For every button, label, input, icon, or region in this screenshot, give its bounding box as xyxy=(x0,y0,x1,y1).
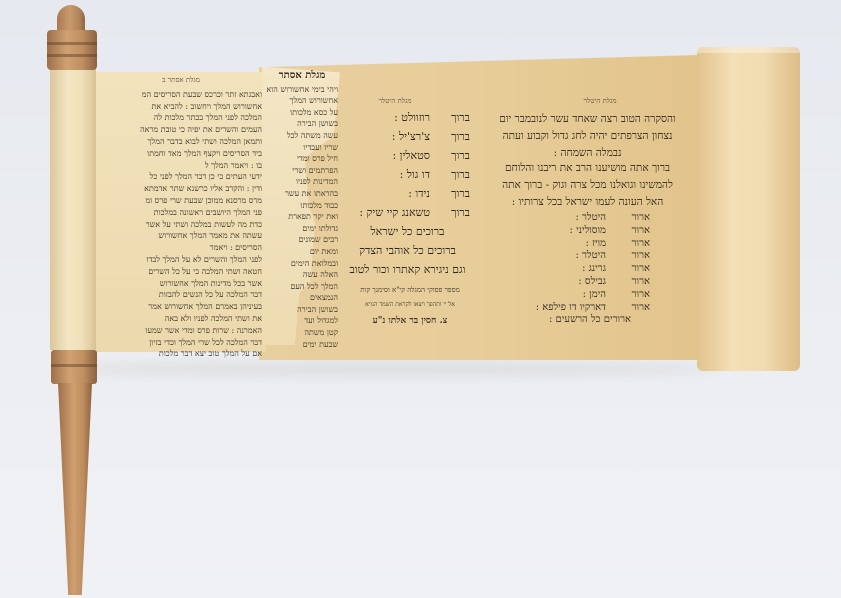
text-line: בו : ויאמר המלך ל xyxy=(100,160,262,172)
row-name: סטאלין : xyxy=(340,146,430,165)
text-line: קטן משתה xyxy=(266,327,338,339)
text-line: ויהי בימי אחשורוש הוא xyxy=(266,84,338,96)
arur-row: ארורגבילס : xyxy=(535,276,650,289)
text-line: ידעי העתים כי כן דבר המלך לפני כל xyxy=(100,171,262,183)
scroll-rolled-end xyxy=(697,47,800,371)
text-line: המלך לכל העם xyxy=(266,281,338,293)
right-paragraph-2: ברוך אתה מושיענו הרב את ריבנו והלוחם להמ… xyxy=(495,160,680,211)
text-line: כבוד מלכותו xyxy=(266,200,338,212)
text-line: ואבגתא זתר וכרכס שבעת הסריסים המ xyxy=(100,89,262,101)
arur-row: ארורמויז : xyxy=(535,238,650,251)
text-line: להמשינו וגואלנו מכל צרה וגוק - ברוך אתה xyxy=(495,177,680,194)
row-prefix: ברוך xyxy=(430,127,470,146)
text-line: הנמצאים xyxy=(266,292,338,304)
row-name: גרינג : xyxy=(535,263,606,276)
text-line: האל העונה לעמו ישראל בכל צרותיו : xyxy=(495,194,680,211)
row-prefix: ברוך xyxy=(430,203,470,222)
baruch-row: ברוךנידו : xyxy=(340,184,470,203)
text-line: ביד הסריסים ויקצף המלך מאד וחמתו xyxy=(100,148,262,160)
torn-column-header: מגלת אסתר xyxy=(266,70,338,82)
row-name: נידו : xyxy=(340,184,430,203)
right-column-header: מגלת היטלר xyxy=(540,97,660,105)
row-prefix: ארור xyxy=(606,250,650,263)
row-name: דארקיו דו פילפא : xyxy=(535,302,606,315)
text-line: אשר בכל מדינות המלך אחשורוש xyxy=(100,278,262,290)
text-line: ובמלואת הימים xyxy=(266,258,338,270)
text-line: שריו ועבדיו xyxy=(266,142,338,154)
torn-text-column: מגלת אסתר ויהי בימי אחשורוש הוא אחשורוש … xyxy=(266,70,338,350)
text-line: עשתה את מאמר המלך אחשורוש xyxy=(100,230,262,242)
footer-line: אל יי ותהפך ויצאו לקראת השמד הגויא xyxy=(340,298,480,312)
text-line: למגדול ועד xyxy=(266,315,338,327)
text-line: ואת יקר תפארת xyxy=(266,211,338,223)
row-name: דו גול : xyxy=(340,165,430,184)
text-line: דבר המלכה לכל שרי המלך וכדי בזיון xyxy=(100,337,262,349)
row-name: רוזוולט : xyxy=(340,108,430,127)
row-prefix: ברוך xyxy=(430,146,470,165)
row-name: צ'רצ'יל : xyxy=(340,127,430,146)
left-column-header: מגלת אסתר ב xyxy=(100,75,262,87)
baruch-list: ברוךרוזוולט : ברוךצ'רצ'יל : ברוךסטאלין :… xyxy=(340,108,470,222)
text-line: העמים והשרים את יפיה כי טובת מראה xyxy=(100,124,262,136)
closing-line: וגם ניגירא קאתרו וכור לטוב xyxy=(340,260,475,279)
text-line: הסריסים : ויאמר xyxy=(100,242,262,254)
text-line: המלכה לפני המלך בכתר מלכות לה xyxy=(100,112,262,124)
roller-bottom-collar xyxy=(51,350,97,384)
text-line: אם על המלך טוב יצא דבר מלכות xyxy=(100,348,262,360)
row-prefix: ארור xyxy=(606,225,650,238)
text-line: את ושתי המלכה לפניו ולא באה xyxy=(100,313,262,325)
right-paragraph-1: והסקרה הטוב רצה שאחד עשר לנובמבר יום נצח… xyxy=(495,111,680,162)
baruch-row: ברוךצ'רצ'יל : xyxy=(340,127,470,146)
text-line: רבים שמונים xyxy=(266,234,338,246)
row-prefix: ארור xyxy=(606,302,650,315)
text-line: ומאת יום xyxy=(266,246,338,258)
row-name: טשאנג קיי שיק : xyxy=(340,203,430,222)
text-line: לפני המלך והשרים לא על המלך לבדו xyxy=(100,254,262,266)
text-line: בהראתו את עשר xyxy=(266,188,338,200)
row-prefix: ארור xyxy=(606,289,650,302)
row-name: גבילס : xyxy=(535,276,606,289)
middle-closing-lines: ברוכים כל ישראל ברוכים כל אוהבי הצדק וגם… xyxy=(340,222,475,279)
text-line: המדינות לפניו xyxy=(266,176,338,188)
row-prefix: ארור xyxy=(606,238,650,251)
text-line: אחשורוש המלך xyxy=(266,95,338,107)
row-prefix: ארור xyxy=(606,263,650,276)
row-prefix: ברוך xyxy=(430,108,470,127)
footer-line: מספר פסוקי המגלה קי"א וסימנך קות xyxy=(340,282,480,298)
text-line: פני המלך היושבים ראשונה במלכות xyxy=(100,207,262,219)
closing-line: ברוכים כל אוהבי הצדק xyxy=(340,241,475,260)
text-line: חטאה ושתי המלכה כי על כל השרים xyxy=(100,266,262,278)
text-line: ודין : והקרב אליו כרשנא שתר אדמתא xyxy=(100,183,262,195)
text-line: בשושן הבירה xyxy=(266,304,338,316)
text-line: מרס מרסנא ממוכן שבעת שרי פרס ומ xyxy=(100,195,262,207)
left-text-column: מגלת אסתר ב ואבגתא זתר וכרכס שבעת הסריסי… xyxy=(100,75,262,360)
scroll-shadow xyxy=(60,362,720,376)
row-name: מויז : xyxy=(535,238,606,251)
text-line: דבר המלכה על כל הנשים להבזות xyxy=(100,289,262,301)
text-line: נצחון הצרפתים יהיה לחג גדול וקבוע ועתה xyxy=(495,128,680,145)
text-line: שבעת ימים xyxy=(266,339,338,351)
row-prefix: ברוך xyxy=(430,165,470,184)
left-paper-roll xyxy=(50,68,96,350)
arur-list: ארורהיטלר : ארורמוסוליני : ארורמויז : אר… xyxy=(535,212,650,314)
arur-row: ארורמוסוליני : xyxy=(535,225,650,238)
arur-closing-line: ארורים כל הרשעים : xyxy=(530,314,650,325)
closing-line: ברוכים כל ישראל xyxy=(340,222,475,241)
baruch-row: ברוךרוזוולט : xyxy=(340,108,470,127)
middle-column-header: מגלת היטלר xyxy=(345,97,445,105)
text-line: הפרתמים ושרי xyxy=(266,165,338,177)
footer-author: צ. חסין בר אלתו נ"ע xyxy=(340,312,480,330)
text-line: בשושן הבירה xyxy=(266,118,338,130)
baruch-row: ברוךדו גול : xyxy=(340,165,470,184)
text-line: כדת מה לעשות במלכה ושתי על אשר xyxy=(100,219,262,231)
middle-footer: מספר פסוקי המגלה קי"א וסימנך קות אל יי ו… xyxy=(340,282,480,330)
text-line: האמרנה : שרות פרס ומדי אשר שמעו xyxy=(100,325,262,337)
row-prefix: ארור xyxy=(606,276,650,289)
text-line: גדולתו ימים xyxy=(266,223,338,235)
text-line: על כסא מלכותו xyxy=(266,107,338,119)
row-name: היטלר : xyxy=(535,250,606,263)
arur-row: ארורהיטלר : xyxy=(535,212,650,225)
row-prefix: ארור xyxy=(606,212,650,225)
text-line: ברוך אתה מושיענו הרב את ריבנו והלוחם xyxy=(495,160,680,177)
text-line: חיל פרס ומדי xyxy=(266,153,338,165)
text-line: ותמאן המלכה ושתי לבוא בדבר המלך xyxy=(100,136,262,148)
arur-row: ארורגרינג : xyxy=(535,263,650,276)
text-line: עשה משתה לכל xyxy=(266,130,338,142)
row-name: היטלר : xyxy=(535,212,606,225)
row-name: מוסוליני : xyxy=(535,225,606,238)
row-prefix: ברוך xyxy=(430,184,470,203)
baruch-row: ברוךסטאלין : xyxy=(340,146,470,165)
roller-top-collar xyxy=(47,30,97,70)
baruch-row: ברוךטשאנג קיי שיק : xyxy=(340,203,470,222)
arur-row: ארורהיטלר : xyxy=(535,250,650,263)
text-line: האלה עשה xyxy=(266,269,338,281)
text-line: והסקרה הטוב רצה שאחד עשר לנובמבר יום xyxy=(495,111,680,128)
text-line: אחשורוש המלך ויחשוב : להביא את xyxy=(100,101,262,113)
row-name: הימן : xyxy=(535,289,606,302)
arur-row: ארורהימן : xyxy=(535,289,650,302)
arur-row: ארורדארקיו דו פילפא : xyxy=(535,302,650,315)
text-line: בעיניהן באמרם המלך אחשורוש אמר xyxy=(100,301,262,313)
